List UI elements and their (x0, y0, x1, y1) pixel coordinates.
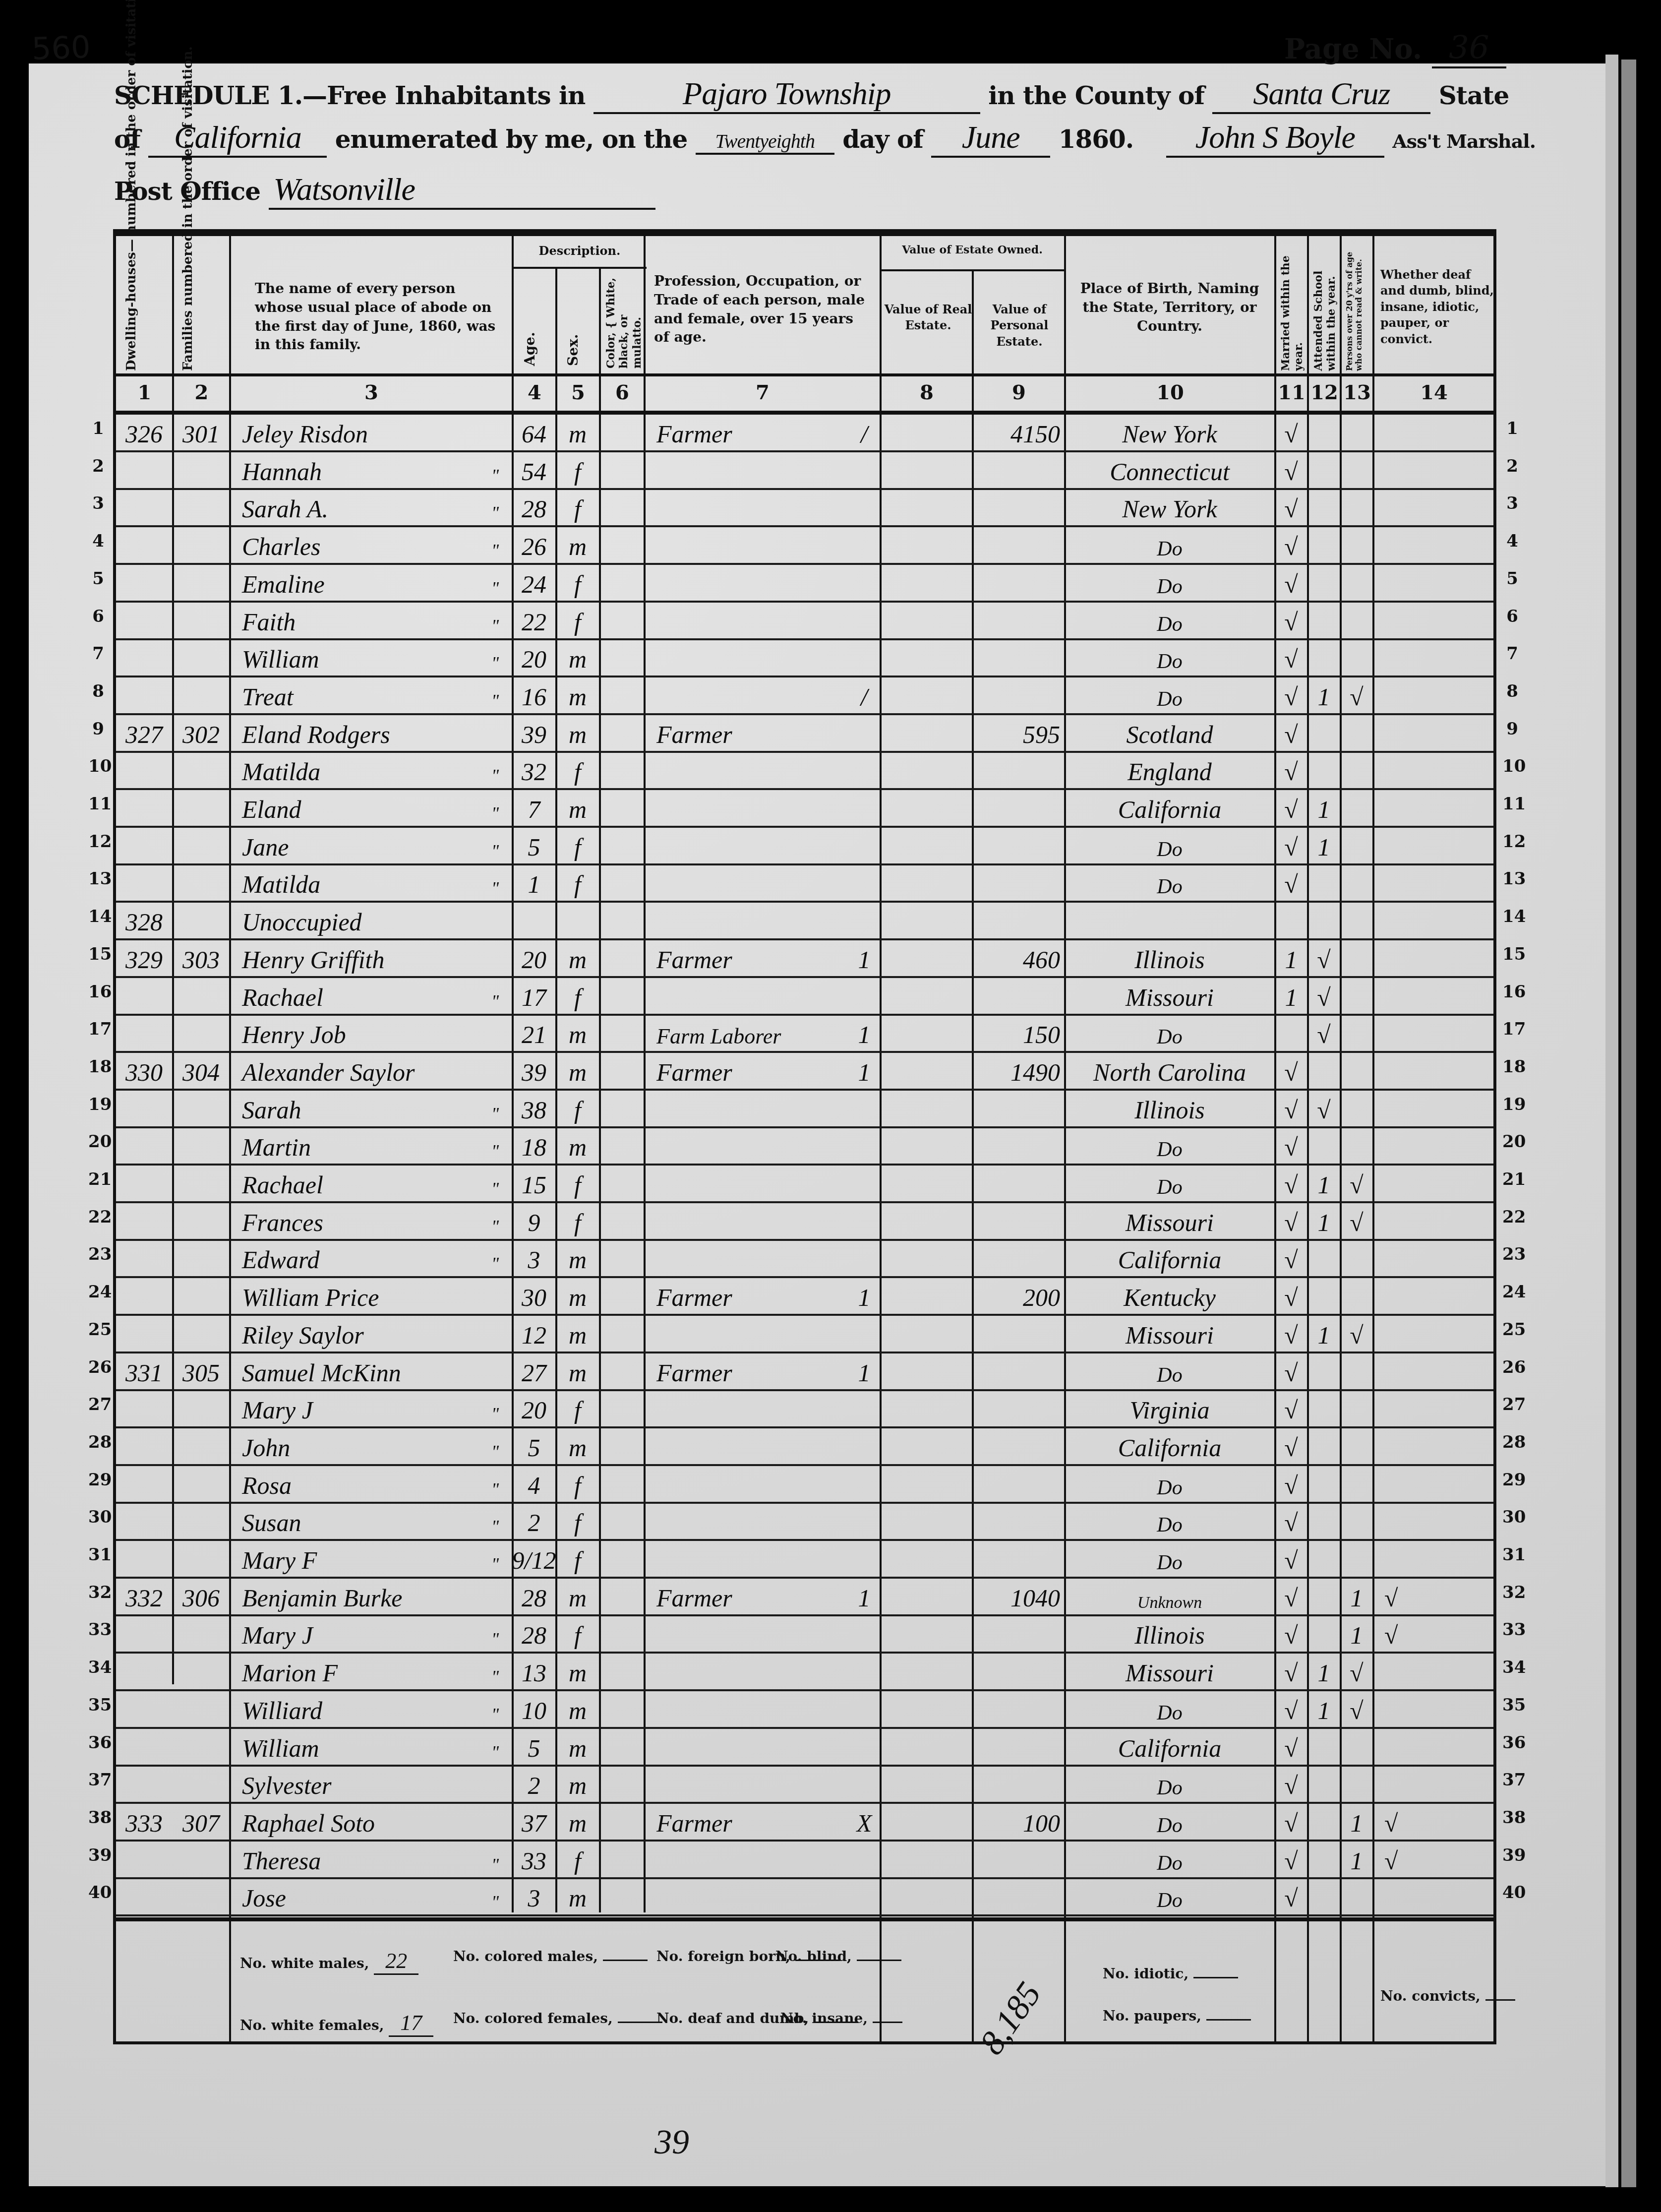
paupers-total: No. paupers, (1103, 2008, 1251, 2024)
school-mark-text: 1 (1318, 1696, 1330, 1725)
birthplace-text: Do (1157, 875, 1182, 899)
dwelling-number (116, 1240, 172, 1276)
ditto-mark: " (491, 803, 499, 824)
color (600, 1579, 644, 1614)
illiterate-mark-text: √ (1350, 1659, 1363, 1687)
illiterate-mark (1341, 1091, 1372, 1126)
header-top-rule (116, 232, 1493, 236)
birthplace: Do (1065, 1541, 1274, 1577)
person-name-text: William (242, 645, 319, 674)
marshal-label: Ass't Marshal. (1392, 130, 1536, 152)
real-estate-value (881, 828, 972, 863)
line-number: 2 (88, 456, 108, 476)
birthplace: Missouri (1065, 1203, 1274, 1239)
ditto-mark: " (491, 465, 499, 486)
birthplace: New York (1065, 490, 1274, 525)
married-mark: √ (1275, 1541, 1307, 1577)
age-text: 18 (522, 1133, 546, 1162)
occupation (646, 978, 849, 1014)
line-number: 16 (88, 982, 108, 1002)
colnum-11: 11 (1275, 381, 1308, 404)
disability-mark (1373, 1541, 1494, 1577)
age: 2 (513, 1766, 555, 1802)
sex: m (556, 715, 599, 751)
table-row: Rachael"17fMissouri1√ (116, 978, 1493, 1016)
personal-estate-value (973, 1541, 1064, 1577)
person-name: Eland Rodgers (231, 715, 512, 751)
occupation: Farmer (646, 415, 849, 450)
totals-top-rule (116, 1917, 1493, 1921)
person-name: Faith" (231, 603, 512, 638)
color (600, 903, 644, 938)
illiterate-mark (1341, 565, 1372, 601)
occupation: Farm Laborer (646, 1015, 849, 1051)
table-row: Frances"9fMissouri√1√ (116, 1203, 1493, 1241)
married-mark-text: √ (1284, 795, 1298, 824)
line-number: 3 (88, 493, 108, 513)
disability-mark (1373, 415, 1494, 450)
illiterate-mark (1341, 940, 1372, 976)
line-number: 5 (1502, 569, 1522, 589)
personal-estate-value: 1490 (973, 1053, 1064, 1089)
personal-estate-value (973, 790, 1064, 826)
sex-text: m (569, 720, 587, 749)
age-text: 17 (522, 983, 546, 1012)
occupation (646, 1128, 849, 1164)
schedule-title-line: SCHEDULE 1.—Free Inhabitants in Pajaro T… (114, 75, 1509, 114)
line-number: 18 (1502, 1057, 1522, 1077)
person-name-text: Mary J (242, 1396, 313, 1424)
occupation-mark-text: X (857, 1809, 872, 1838)
illiterate-mark: 1 (1341, 1842, 1372, 1877)
dwelling-number (116, 828, 172, 863)
school-mark (1308, 1428, 1340, 1464)
sex: m (556, 527, 599, 563)
age-text: 37 (522, 1809, 546, 1838)
line-number: 40 (1502, 1883, 1522, 1903)
stamp-number: 560 (31, 29, 91, 67)
occupation (646, 1391, 849, 1426)
school-mark: 1 (1308, 828, 1340, 863)
illiterate-mark-text: 1 (1351, 1809, 1363, 1838)
real-estate-value (881, 1541, 972, 1577)
color (600, 527, 644, 563)
sex-text: m (569, 1133, 587, 1162)
occupation-mark-text: 1 (858, 1584, 871, 1612)
sex-text: m (569, 1321, 587, 1350)
line-number: 35 (88, 1695, 108, 1715)
school-mark-text: √ (1317, 945, 1330, 974)
page-edge-outer (1621, 60, 1636, 2187)
line-number: 9 (88, 719, 108, 739)
illiterate-mark (1341, 1128, 1372, 1164)
married-mark-text: √ (1284, 757, 1298, 786)
real-estate-value (881, 1240, 972, 1276)
married-mark-text: √ (1284, 682, 1298, 711)
real-estate-value (881, 1203, 972, 1239)
sex-text: f (574, 870, 581, 899)
disability-mark (1373, 978, 1494, 1014)
real-estate-value (881, 1691, 972, 1727)
birthplace-text: Do (1157, 1776, 1182, 1800)
ditto-mark: " (491, 1854, 499, 1875)
birthplace: Do (1065, 828, 1274, 863)
married-mark: √ (1275, 1278, 1307, 1314)
age-text: 22 (522, 608, 546, 636)
disability-mark (1373, 1654, 1494, 1689)
married-mark: √ (1275, 490, 1307, 525)
birthplace: Illinois (1065, 940, 1274, 976)
personal-estate-value (973, 640, 1064, 676)
school-mark: √ (1308, 978, 1340, 1014)
line-number: 30 (1502, 1507, 1522, 1527)
married-mark: √ (1275, 565, 1307, 601)
birthplace-text: New York (1122, 494, 1217, 523)
line-number: 14 (1502, 907, 1522, 926)
age-text: 9/12 (512, 1546, 556, 1575)
person-name: Hannah" (231, 452, 512, 488)
occupation (646, 677, 849, 713)
disability-mark (1373, 603, 1494, 638)
married-mark-text: √ (1284, 1208, 1298, 1237)
blind-value (857, 1960, 901, 1961)
line-number: 4 (88, 531, 108, 551)
occupation-mark (849, 1091, 880, 1126)
header-family: Families numbered in the order of visita… (180, 242, 225, 371)
table-row: John"5mCalifornia√ (116, 1428, 1493, 1466)
township-field: Pajaro Township (593, 75, 980, 114)
age: 4 (513, 1466, 555, 1502)
age-text: 32 (522, 757, 546, 786)
sex-text: m (569, 532, 587, 561)
table-row: Emaline"24fDo√ (116, 565, 1493, 603)
family-number: 305 (173, 1353, 229, 1389)
occupation-text: Farmer (656, 945, 732, 974)
line-number: 28 (1502, 1432, 1522, 1452)
illiterate-mark (1341, 452, 1372, 488)
person-name: Williard" (231, 1691, 512, 1727)
age: 9 (513, 1203, 555, 1239)
dwelling-number-text: 331 (125, 1358, 163, 1387)
person-name-text: Samuel McKinn (242, 1358, 401, 1387)
occupation (646, 1428, 849, 1464)
married-mark: √ (1275, 640, 1307, 676)
birthplace: Unknown (1065, 1579, 1274, 1614)
colored-males-value (603, 1960, 648, 1961)
dwelling-number (116, 1015, 172, 1051)
age: 2 (513, 1503, 555, 1539)
birthplace: California (1065, 1240, 1274, 1276)
occupation: Farmer (646, 1353, 849, 1389)
sex: m (556, 1053, 599, 1089)
married-mark-text: √ (1284, 1696, 1298, 1725)
table-row: Matilda"32fEngland√ (116, 752, 1493, 790)
married-mark: √ (1275, 1091, 1307, 1126)
colnum-4: 4 (513, 381, 556, 404)
line-number: 12 (1502, 832, 1522, 852)
real-estate-value (881, 1316, 972, 1352)
year-label: 1860. (1059, 124, 1134, 154)
birthplace-text: California (1118, 1433, 1221, 1462)
sex-text: m (569, 945, 587, 974)
occupation (646, 1766, 849, 1802)
family-number (173, 527, 229, 563)
real-estate-value (881, 1804, 972, 1840)
occupation-mark (849, 1541, 880, 1577)
line-number: 36 (88, 1733, 108, 1753)
school-mark-text: 1 (1318, 833, 1330, 861)
married-mark: √ (1275, 1391, 1307, 1426)
occupation-mark (849, 1654, 880, 1689)
age-text: 20 (522, 645, 546, 674)
birthplace: Missouri (1065, 1654, 1274, 1689)
age-text: 20 (522, 1396, 546, 1424)
family-number (173, 903, 229, 938)
age: 26 (513, 527, 555, 563)
person-name-text: Rosa (242, 1471, 292, 1500)
married-mark-text: √ (1284, 420, 1298, 448)
age: 18 (513, 1128, 555, 1164)
married-mark: √ (1275, 1503, 1307, 1539)
disability-mark (1373, 1128, 1494, 1164)
occupation-mark-text: / (861, 682, 868, 711)
occupation (646, 1240, 849, 1276)
personal-estate-value (973, 1240, 1064, 1276)
personal-estate-value-text: 1040 (1010, 1584, 1060, 1612)
person-name: Rachael" (231, 978, 512, 1014)
person-name: Rosa" (231, 1466, 512, 1502)
line-number: 33 (88, 1620, 108, 1640)
married-mark-text: √ (1284, 1621, 1298, 1650)
birthplace: Missouri (1065, 978, 1274, 1014)
age-text: 4 (528, 1471, 540, 1500)
disability-mark-text: √ (1384, 1584, 1398, 1612)
line-number: 20 (88, 1132, 108, 1152)
birthplace-text: Illinois (1134, 1096, 1205, 1124)
post-office-field: Watsonville (269, 171, 655, 210)
person-name-text: Marion F (242, 1659, 338, 1687)
birthplace: Do (1065, 1015, 1274, 1051)
sex: f (556, 1541, 599, 1577)
personal-estate-value (973, 1466, 1064, 1502)
dwelling-number (116, 1729, 172, 1765)
sex: f (556, 1391, 599, 1426)
illiterate-mark: √ (1341, 1654, 1372, 1689)
dwelling-number: 326 (116, 415, 172, 450)
sex: m (556, 1015, 599, 1051)
family-number (173, 1240, 229, 1276)
header-occupation: Profession, Occupation, or Trade of each… (654, 272, 872, 347)
real-estate-value (881, 1391, 972, 1426)
school-mark (1308, 565, 1340, 601)
married-mark-text: √ (1284, 1096, 1298, 1124)
family-number (173, 1316, 229, 1352)
table-row: Rosa"4fDo√ (116, 1466, 1493, 1504)
school-mark (1308, 490, 1340, 525)
school-mark (1308, 640, 1340, 676)
dwelling-number (116, 1466, 172, 1502)
illiterate-mark (1341, 715, 1372, 751)
sex-text: f (574, 757, 581, 786)
age-text: 5 (528, 1734, 540, 1763)
line-number: 37 (1502, 1770, 1522, 1790)
person-name: Benjamin Burke (231, 1579, 512, 1614)
ditto-mark: " (491, 878, 499, 899)
real-estate-value (881, 1053, 972, 1089)
person-name: Theresa" (231, 1842, 512, 1877)
family-number: 304 (173, 1053, 229, 1089)
person-name-text: Benjamin Burke (242, 1584, 403, 1612)
sex-text: f (574, 457, 581, 486)
insane-value (873, 2022, 902, 2023)
family-number (173, 1166, 229, 1201)
idiotic-label: No. idiotic, (1103, 1966, 1188, 1982)
color (600, 978, 644, 1014)
line-number: 21 (88, 1169, 108, 1189)
married-mark: √ (1275, 752, 1307, 788)
person-name: Mary J" (231, 1616, 512, 1652)
person-name-text: Eland Rodgers (242, 720, 390, 749)
real-estate-value (881, 490, 972, 525)
family-number (173, 1128, 229, 1164)
illiterate-mark (1341, 1503, 1372, 1539)
dwelling-number (116, 1654, 172, 1689)
disability-mark (1373, 1879, 1494, 1914)
family-number (173, 1654, 229, 1689)
personal-estate-value (973, 1766, 1064, 1802)
page-edge (1605, 55, 1618, 2187)
ditto-mark: " (491, 841, 499, 861)
personal-estate-value (973, 527, 1064, 563)
school-mark-text: 1 (1318, 795, 1330, 824)
dwelling-number (116, 790, 172, 826)
married-mark-text: √ (1284, 1508, 1298, 1537)
birthplace-text: Missouri (1126, 983, 1214, 1012)
line-number: 23 (88, 1244, 108, 1264)
age: 33 (513, 1842, 555, 1877)
person-name: Raphael Soto (231, 1804, 512, 1840)
sex: f (556, 1091, 599, 1126)
personal-estate-value (973, 978, 1064, 1014)
enumeration-line: of California enumerated by me, on the T… (114, 119, 1536, 158)
person-name-text: Henry Job (242, 1020, 346, 1049)
personal-estate-value (973, 1316, 1064, 1352)
school-mark: 1 (1308, 677, 1340, 713)
birthplace: Do (1065, 1804, 1274, 1840)
person-name: Jane" (231, 828, 512, 863)
sex-text: m (569, 1734, 587, 1763)
age: 5 (513, 1428, 555, 1464)
married-mark-text: √ (1284, 1058, 1298, 1087)
married-mark-text: √ (1284, 1283, 1298, 1312)
age: 54 (513, 452, 555, 488)
married-mark: √ (1275, 1316, 1307, 1352)
school-mark-text: √ (1317, 1096, 1330, 1124)
sex: m (556, 1278, 599, 1314)
personal-estate-value-text: 4150 (1010, 420, 1060, 448)
married-mark: √ (1275, 1879, 1307, 1914)
married-mark-text: √ (1284, 457, 1298, 486)
color (600, 752, 644, 788)
married-mark-text: √ (1284, 833, 1298, 861)
dwelling-number: 328 (116, 903, 172, 938)
month-field: June (931, 119, 1050, 158)
disability-mark (1373, 940, 1494, 976)
birthplace: California (1065, 1428, 1274, 1464)
sex: m (556, 1804, 599, 1840)
school-mark (1308, 865, 1340, 901)
color (600, 1466, 644, 1502)
disability-mark (1373, 490, 1494, 525)
birthplace-text: California (1118, 1734, 1221, 1763)
married-mark-text: √ (1284, 1245, 1298, 1274)
illiterate-mark (1341, 865, 1372, 901)
real-estate-value (881, 790, 972, 826)
person-name-text: Raphael Soto (242, 1809, 375, 1838)
married-mark: √ (1275, 1729, 1307, 1765)
occupation-text: Farm Laborer (656, 1024, 781, 1049)
illiterate-mark: √ (1341, 1203, 1372, 1239)
sex-text: f (574, 1621, 581, 1650)
sex: f (556, 1616, 599, 1652)
table-row: Mary J"20fVirginia√ (116, 1391, 1493, 1428)
dwelling-number (116, 603, 172, 638)
person-name-text: Rachael (242, 983, 323, 1012)
family-number (173, 640, 229, 676)
sex: m (556, 1240, 599, 1276)
ditto-mark: " (491, 1629, 499, 1650)
occupation (646, 865, 849, 901)
occupation (646, 1541, 849, 1577)
real-estate-value (881, 527, 972, 563)
line-number: 30 (88, 1507, 108, 1527)
dwelling-number (116, 527, 172, 563)
illiterate-mark (1341, 415, 1372, 450)
line-number: 34 (88, 1658, 108, 1677)
disability-mark (1373, 1428, 1494, 1464)
header-color: Color, { White, black, or mulatto. (604, 272, 639, 369)
occupation-mark (849, 865, 880, 901)
dwelling-number-text: 332 (125, 1584, 163, 1612)
school-mark: √ (1308, 1091, 1340, 1126)
birthplace-text: New York (1122, 420, 1217, 448)
disability-mark: √ (1373, 1804, 1494, 1840)
sex: f (556, 828, 599, 863)
occupation (646, 640, 849, 676)
line-number: 24 (88, 1282, 108, 1302)
colnum-5: 5 (556, 381, 600, 404)
dwelling-number (116, 565, 172, 601)
disability-mark (1373, 1203, 1494, 1239)
sex: m (556, 940, 599, 976)
school-mark (1308, 752, 1340, 788)
color (600, 1166, 644, 1201)
personal-estate-value (973, 1729, 1064, 1765)
person-name-text: Mary J (242, 1621, 313, 1650)
table-row: William Price30mFarmer1200Kentucky√ (116, 1278, 1493, 1316)
age-text: 26 (522, 532, 546, 561)
sex-text: m (569, 1020, 587, 1049)
person-name-text: Theresa (242, 1846, 321, 1875)
line-number: 1 (1502, 419, 1522, 438)
sex-text: f (574, 1546, 581, 1575)
person-name-text: Treat (242, 682, 294, 711)
ditto-mark: " (491, 1666, 499, 1687)
married-mark: √ (1275, 1466, 1307, 1502)
personal-estate-value (973, 565, 1064, 601)
real-estate-value (881, 565, 972, 601)
age-text: 27 (522, 1358, 546, 1387)
